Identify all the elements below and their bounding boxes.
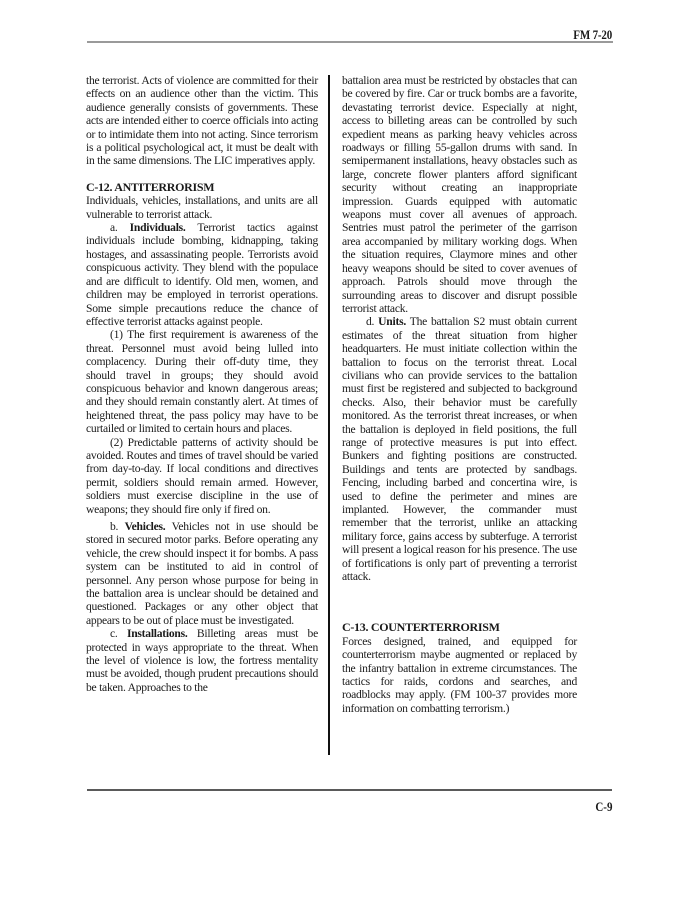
paragraph-a-individuals: a. Individuals. Terrorist tactics agains… — [86, 221, 318, 328]
footer-rule — [87, 789, 612, 791]
page-number: C-9 — [595, 800, 612, 815]
intro-paragraph: the terrorist. Acts of violence are comm… — [86, 74, 318, 168]
column-divider — [328, 75, 330, 755]
c13-paragraph: Forces designed, trained, and equipped f… — [342, 635, 577, 715]
paragraph-c-installations: c. Installations. Billeting areas must b… — [86, 627, 318, 694]
c12-intro-paragraph: Individuals, vehicles, installations, an… — [86, 194, 318, 221]
lead-units: Units. — [378, 315, 406, 328]
paragraph-d-units: d. Units. The battalion S2 must obtain c… — [342, 315, 577, 583]
header-rule — [87, 41, 613, 43]
right-column: battalion area must be restricted by obs… — [342, 74, 577, 715]
left-column: the terrorist. Acts of violence are comm… — [86, 74, 318, 694]
paragraph-a1: (1) The first requirement is awareness o… — [86, 328, 318, 435]
lead-vehicles: Vehicles. — [125, 520, 166, 533]
paragraph-c-continued: battalion area must be restricted by obs… — [342, 74, 577, 315]
section-heading-c13: C-13. COUNTERTERRORISM — [342, 621, 577, 634]
lead-installations: Installations. — [127, 627, 188, 640]
lead-individuals: Individuals. — [130, 221, 186, 234]
paragraph-a2: (2) Predictable patterns of activity sho… — [86, 436, 318, 516]
section-heading-c12: C-12. ANTITERRORISM — [86, 181, 318, 194]
paragraph-b-vehicles: b. Vehicles. Vehicles not in use should … — [86, 520, 318, 627]
